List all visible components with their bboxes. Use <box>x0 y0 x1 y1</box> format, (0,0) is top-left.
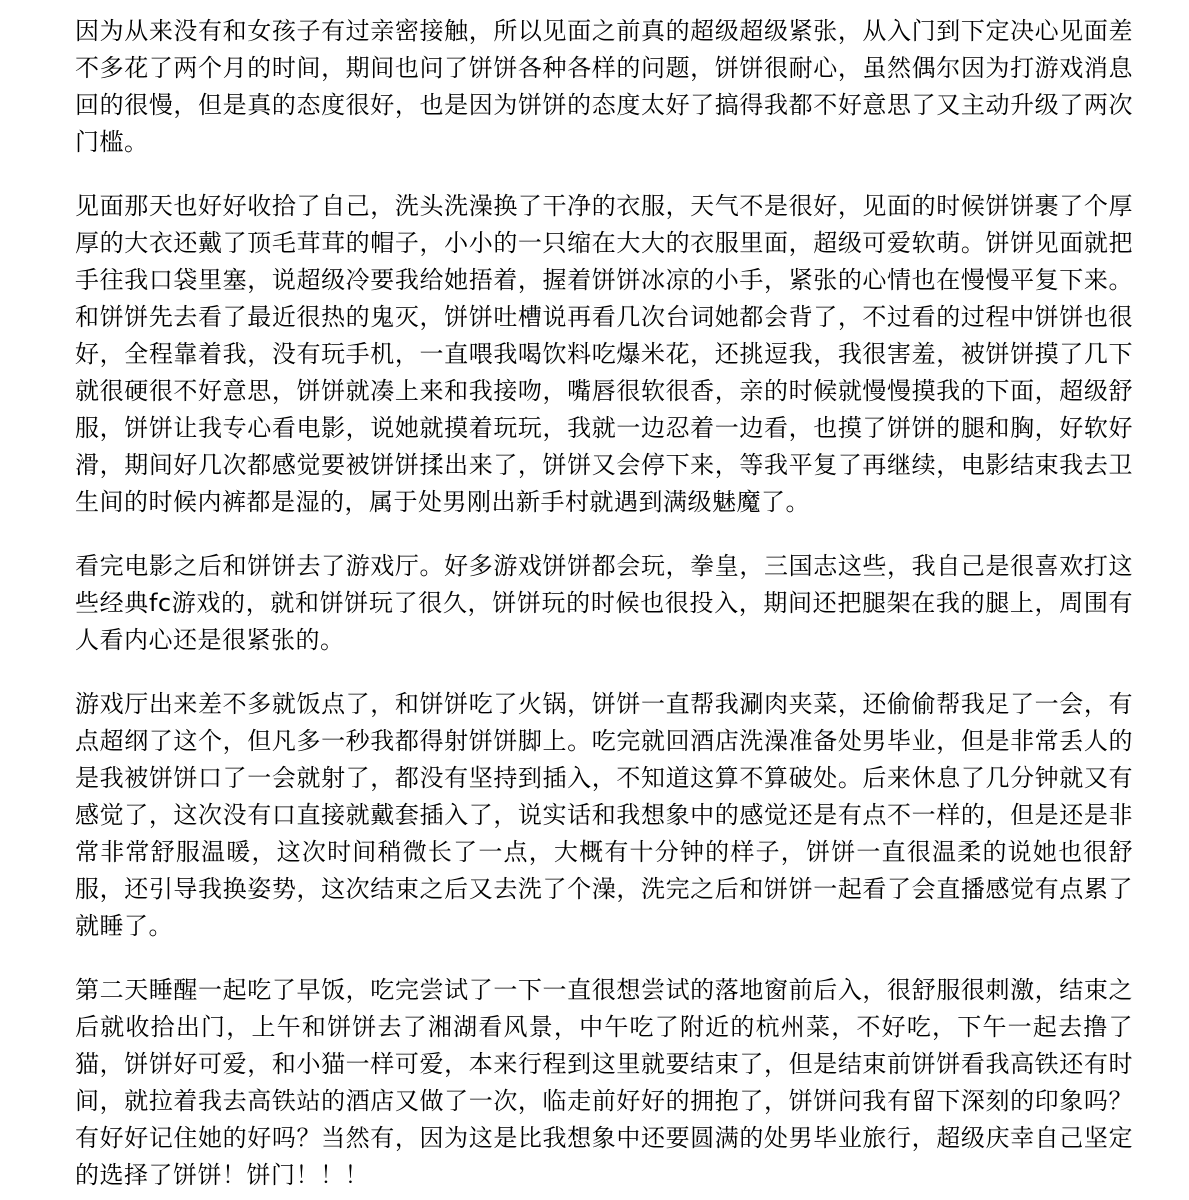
paragraph-3: 看完电影之后和饼饼去了游戏厅。好多游戏饼饼都会玩，拳皇，三国志这些，我自己是很喜… <box>75 548 1133 659</box>
paragraph-2: 见面那天也好好收拾了自己，洗头洗澡换了干净的衣服，天气不是很好，见面的时候饼饼裹… <box>75 188 1133 521</box>
page: 因为从来没有和女孩子有过亲密接触，所以见面之前真的超级超级紧张，从入门到下定决心… <box>0 0 1189 1200</box>
paragraph-5: 第二天睡醒一起吃了早饭，吃完尝试了一下一直很想尝试的落地窗前后入，很舒服很刺激，… <box>75 972 1133 1194</box>
post-body: 因为从来没有和女孩子有过亲密接触，所以见面之前真的超级超级紧张，从入门到下定决心… <box>75 13 1133 1194</box>
paragraph-1: 因为从来没有和女孩子有过亲密接触，所以见面之前真的超级超级紧张，从入门到下定决心… <box>75 13 1133 161</box>
paragraph-4: 游戏厅出来差不多就饭点了，和饼饼吃了火锅，饼饼一直帮我涮肉夹菜，还偷偷帮我足了一… <box>75 686 1133 945</box>
